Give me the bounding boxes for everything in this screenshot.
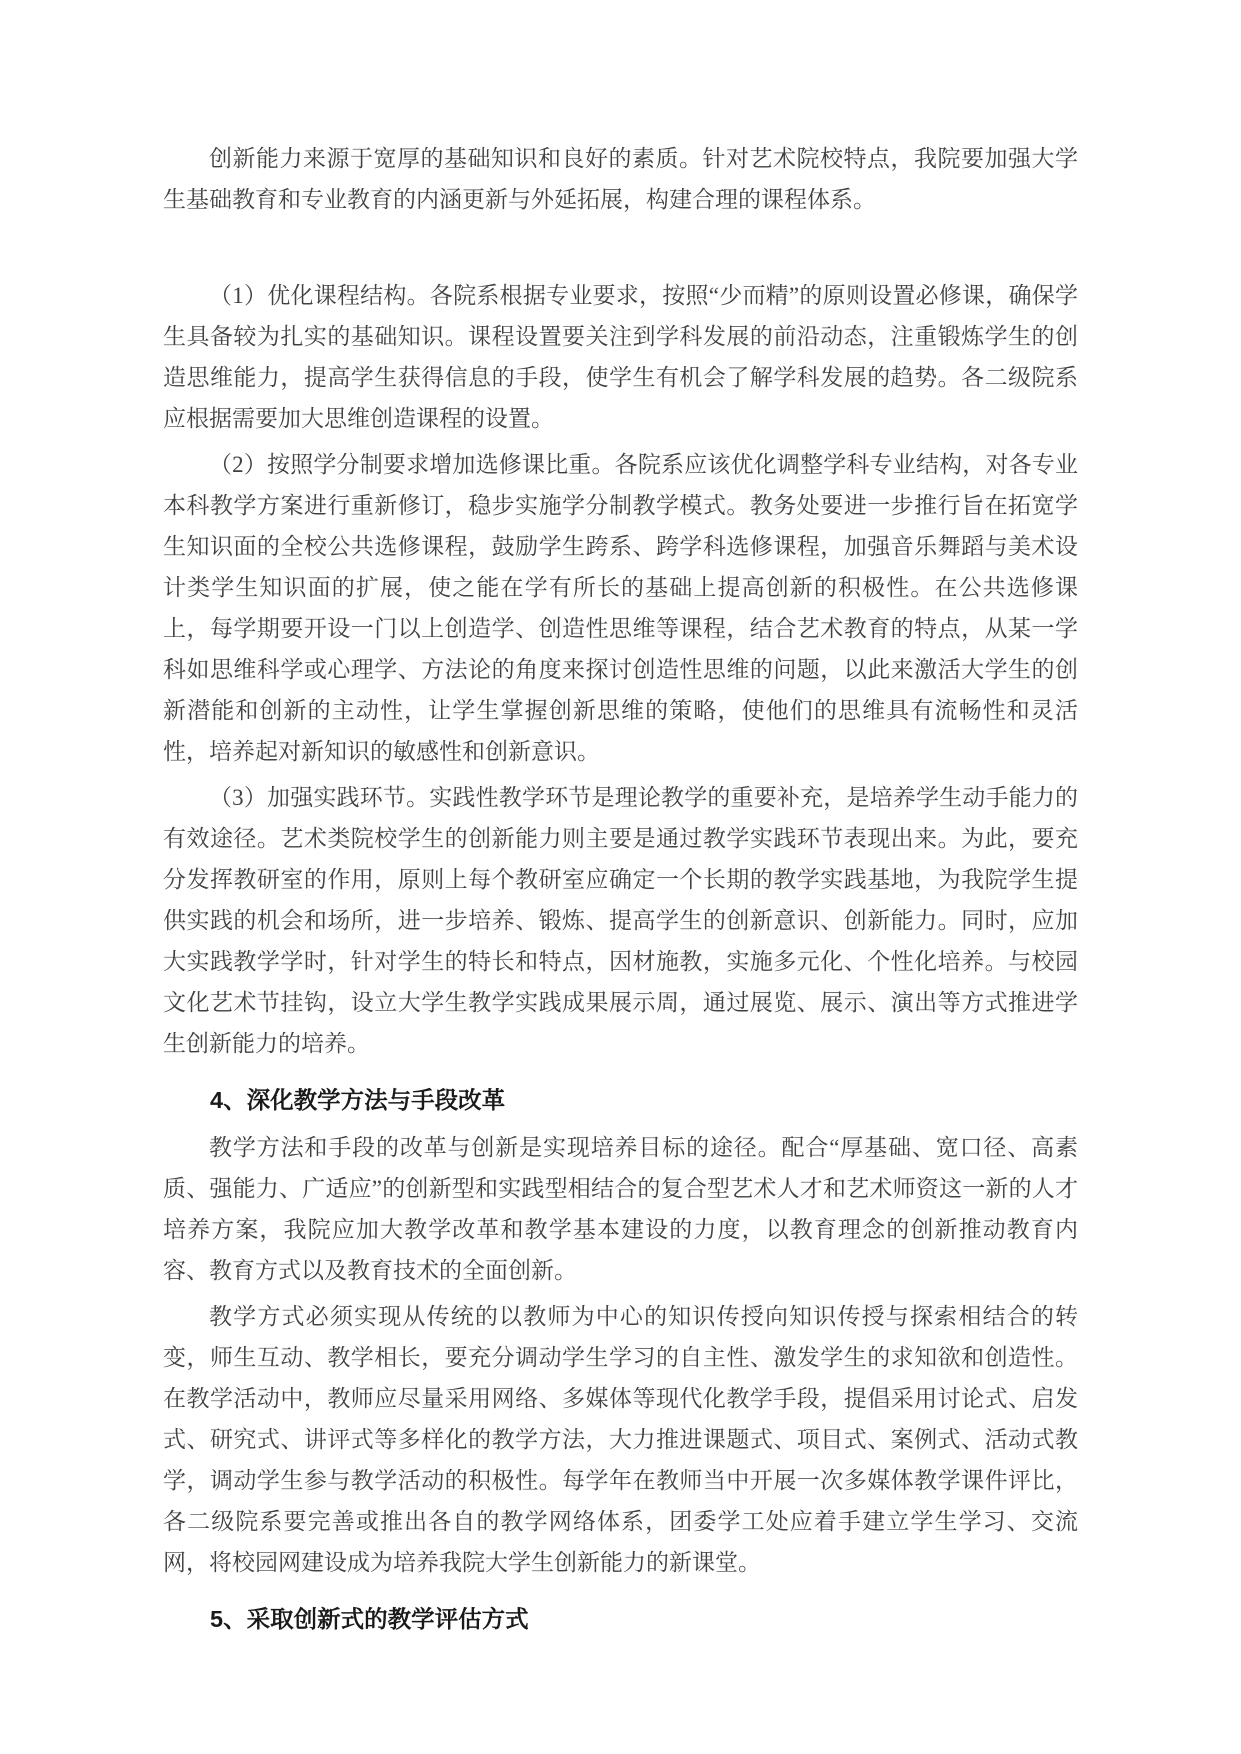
paragraph-section4-a: 教学方法和手段的改革与创新是实现培养目标的途径。配合“厚基础、宽口径、高素质、强… [163, 1127, 1078, 1291]
paragraph-intro: 创新能力来源于宽厚的基础知识和良好的素质。针对艺术院校特点，我院要加强大学生基础… [163, 138, 1078, 220]
paragraph-item-3: （3）加强实践环节。实践性教学环节是理论教学的重要补充，是培养学生动手能力的有效… [163, 777, 1078, 1064]
paragraph-item-2: （2）按照学分制要求增加选修课比重。各院系应该优化调整学科专业结构，对各专业本科… [163, 444, 1078, 772]
blank-line [163, 220, 1078, 270]
section-heading-5: 5、采取创新式的教学评估方式 [163, 1599, 1078, 1640]
section-heading-4: 4、深化教学方法与手段改革 [163, 1080, 1078, 1121]
paragraph-item-1: （1）优化课程结构。各院系根据专业要求，按照“少而精”的原则设置必修课，确保学生… [163, 275, 1078, 439]
document-page: 创新能力来源于宽厚的基础知识和良好的素质。针对艺术院校特点，我院要加强大学生基础… [0, 0, 1241, 1754]
paragraph-section4-b: 教学方式必须实现从传统的以教师为中心的知识传授向知识传授与探索相结合的转变，师生… [163, 1296, 1078, 1583]
